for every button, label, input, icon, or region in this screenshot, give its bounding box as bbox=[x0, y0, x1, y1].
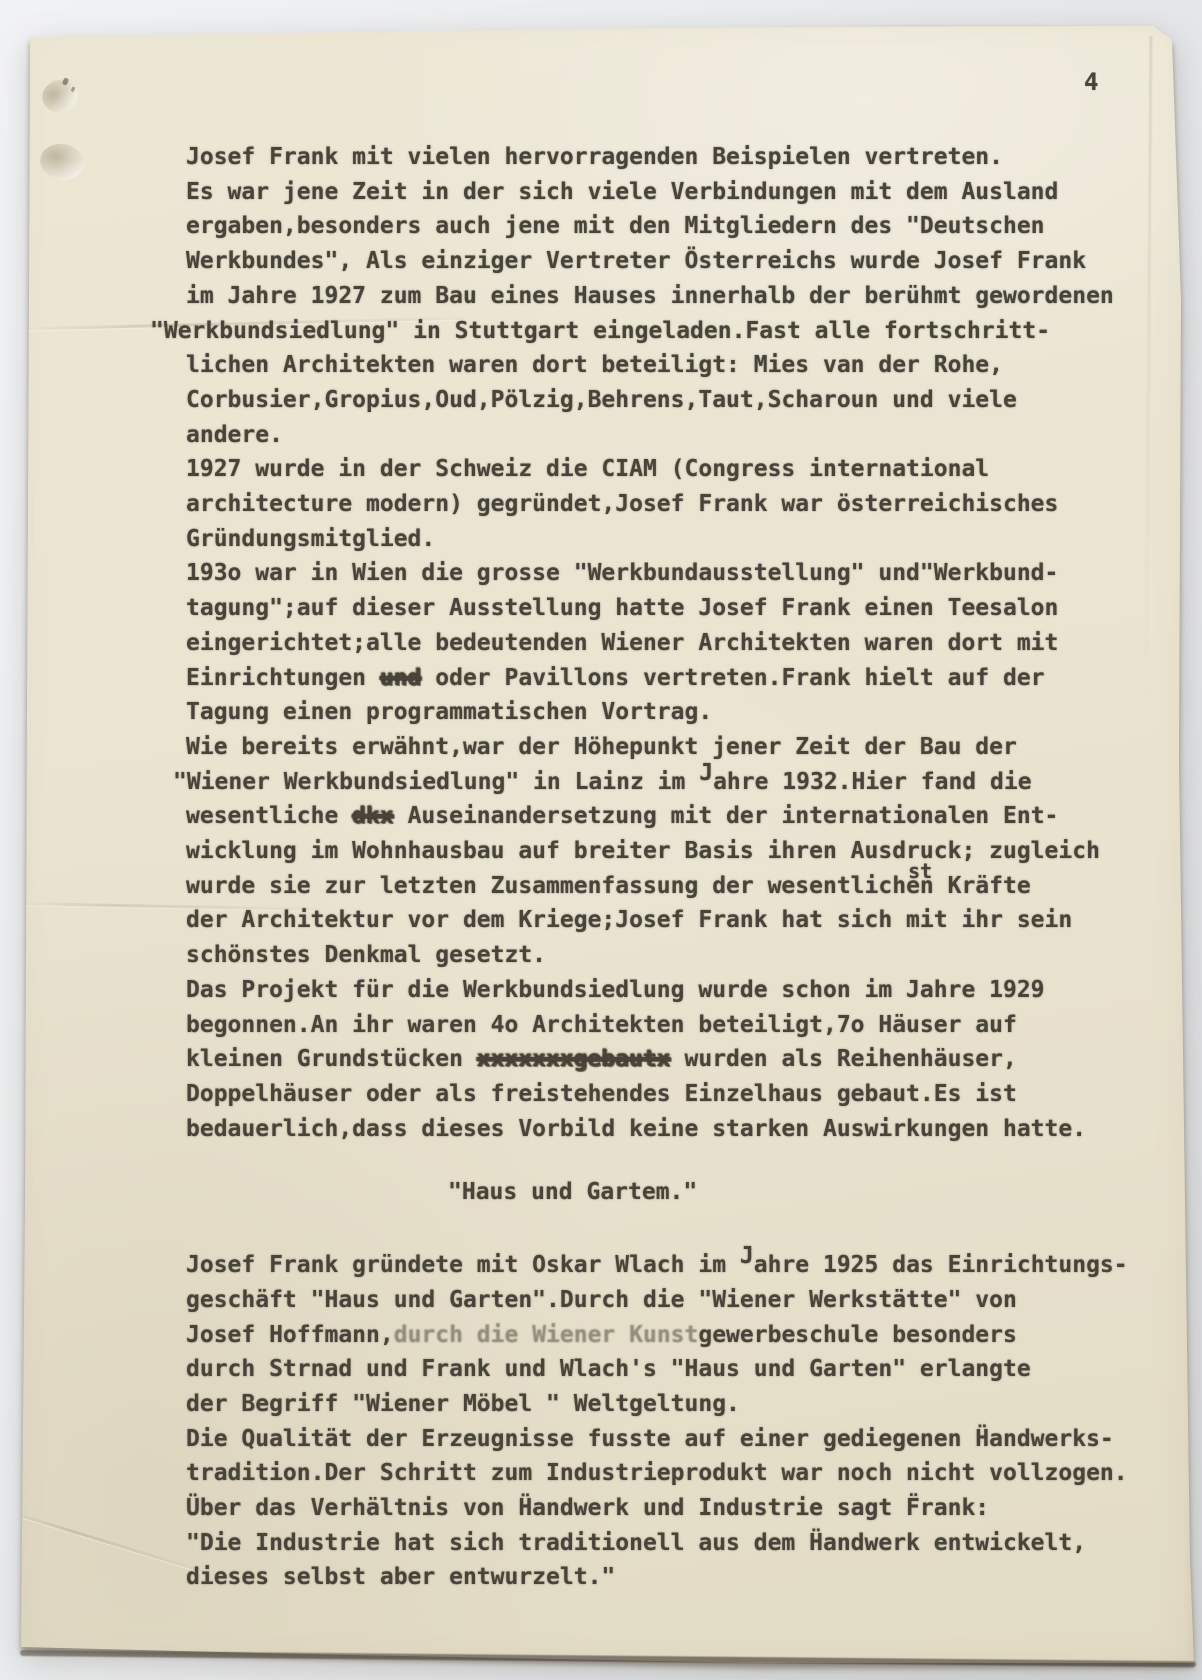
text-segment: Doppelhäuser oder als freistehendes Einz… bbox=[186, 1081, 1017, 1107]
paper-shadow-wrap: 4 Josef Frank mit vielen hervorragenden … bbox=[0, 0, 1202, 1680]
text-line: Gründungsmitglied. bbox=[186, 522, 1191, 557]
text-segment: wesentliche bbox=[186, 803, 352, 829]
text-line: wurde sie zur letzten Zusammenfassung de… bbox=[186, 869, 1191, 904]
text-segment: ahre 1925 das Einrichtungs- bbox=[754, 1252, 1128, 1278]
text-segment: "Die Industrie hat sich traditionell aus… bbox=[186, 1530, 1086, 1556]
text-line: 1927 wurde in der Schweiz die CIAM (Cong… bbox=[186, 452, 1191, 487]
text-segment: schönstes Denkmal gesetzt. bbox=[186, 942, 546, 968]
paragraph-1: Josef Frank mit vielen hervorragenden Be… bbox=[186, 140, 1191, 1146]
text-segment: andere. bbox=[186, 422, 283, 448]
struck-out-text: und bbox=[380, 665, 422, 691]
text-segment: Die Qualität der Erzeugnisse fusste auf … bbox=[186, 1426, 1114, 1452]
text-segment: Gründungsmitglied. bbox=[186, 526, 435, 552]
paper-top-edge-shadow bbox=[30, 23, 1155, 31]
text-line: bedauerlich,dass dieses Vorbild keine st… bbox=[186, 1112, 1191, 1147]
text-segment: wicklung im Wohnhausbau auf breiter Basi… bbox=[186, 838, 1100, 864]
paragraph-2: Josef Frank gründete mit Oskar Wlach im … bbox=[186, 1248, 1191, 1595]
text-line: lichen Architekten waren dort beteiligt:… bbox=[186, 348, 1191, 383]
text-segment: ergaben,besonders auch jene mit den Mitg… bbox=[186, 213, 1045, 239]
text-line: Einrichtungen und oder Pavillons vertret… bbox=[186, 661, 1191, 696]
text-segment: bedauerlich,dass dieses Vorbild keine st… bbox=[186, 1116, 1086, 1142]
text-segment: 193o war in Wien die grosse "Werkbundaus… bbox=[186, 560, 1058, 586]
text-line: der Begriff "Wiener Möbel " Weltgeltung. bbox=[186, 1387, 1191, 1422]
scanned-document-page: 4 Josef Frank mit vielen hervorragenden … bbox=[0, 0, 1202, 1680]
text-segment: Tagung einen programmatischen Vortrag. bbox=[186, 699, 712, 725]
text-segment: Das Projekt für die Werkbundsiedlung wur… bbox=[186, 977, 1045, 1003]
text-line: schönstes Denkmal gesetzt. bbox=[186, 938, 1191, 973]
text-line: ergaben,besonders auch jene mit den Mitg… bbox=[186, 209, 1191, 244]
text-segment: ahre 1932.Hier fand die bbox=[713, 769, 1032, 795]
text-line: dieses selbst aber entwurzelt." bbox=[186, 1560, 1191, 1595]
superscript-correction: J bbox=[740, 1243, 754, 1269]
text-line: andere. bbox=[186, 418, 1191, 453]
text-line: Tagung einen programmatischen Vortrag. bbox=[186, 695, 1191, 730]
text-segment: kleinen Grundstücken bbox=[186, 1046, 477, 1072]
text-segment: dieses selbst aber entwurzelt." bbox=[186, 1564, 615, 1590]
text-segment: architecture modern) gegründet,Josef Fra… bbox=[186, 491, 1058, 517]
text-segment: Werkbundes", Als einziger Vertreter Öste… bbox=[186, 248, 1086, 274]
superscript-correction: J bbox=[699, 760, 713, 786]
text-line: Über das Verhältnis von Ḧandwerk und Ind… bbox=[186, 1491, 1191, 1526]
text-line: Doppelhäuser oder als freistehendes Einz… bbox=[186, 1077, 1191, 1112]
text-line: Es war jene Zeit in der sich viele Verbi… bbox=[186, 175, 1191, 210]
struck-out-text: xxxxxxxgebautx bbox=[477, 1046, 671, 1072]
text-segment: der Begriff "Wiener Möbel " Weltgeltung. bbox=[186, 1391, 740, 1417]
text-line: Corbusier,Gropius,Oud,Pölzig,Behrens,Tau… bbox=[186, 383, 1191, 418]
text-line: Wie bereits erwähnt,war der Höhepunkt je… bbox=[186, 730, 1191, 765]
text-segment: Josef Frank mit vielen hervorragenden Be… bbox=[186, 144, 1003, 170]
text-segment: Einrichtungen bbox=[186, 665, 380, 691]
text-segment: Corbusier,Gropius,Oud,Pölzig,Behrens,Tau… bbox=[186, 387, 1017, 413]
text-segment: tagung";auf dieser Ausstellung hatte Jos… bbox=[186, 595, 1058, 621]
text-segment: Auseinandersetzung mit der international… bbox=[394, 803, 1059, 829]
text-line: Josef Frank mit vielen hervorragenden Be… bbox=[186, 140, 1191, 175]
text-segment: durch Strnad und Frank und Wlach's "Haus… bbox=[186, 1356, 1031, 1382]
paper-sheet: 4 Josef Frank mit vielen hervorragenden … bbox=[0, 0, 1202, 1680]
text-line: "Die Industrie hat sich traditionell aus… bbox=[186, 1526, 1191, 1561]
text-line: "Wiener Werkbundsiedlung" in Lainz im Ja… bbox=[173, 765, 1191, 800]
text-segment: 1927 wurde in der Schweiz die CIAM (Cong… bbox=[186, 456, 989, 482]
text-segment: wurde sie zur letzten Zusammenfassung de… bbox=[186, 873, 906, 899]
text-segment: eingerichtet;alle bedeutenden Wiener Arc… bbox=[186, 630, 1058, 656]
text-line: begonnen.An ihr waren 4o Architekten bet… bbox=[186, 1008, 1191, 1043]
text-line: Das Projekt für die Werkbundsiedlung wur… bbox=[186, 973, 1191, 1008]
text-segment: Josef Frank gründete mit Oskar Wlach im bbox=[186, 1252, 740, 1278]
text-segment: gewerbeschule besonders bbox=[698, 1322, 1017, 1348]
text-segment: Josef Hoffmann, bbox=[186, 1322, 394, 1348]
text-line: "Werkbundsiedlung" in Stuttgart eingelad… bbox=[150, 314, 1191, 349]
text-segment: tradition.Der Schritt zum Industrieprodu… bbox=[186, 1460, 1128, 1486]
text-line: eingerichtet;alle bedeutenden Wiener Arc… bbox=[186, 626, 1191, 661]
text-segment: oder Pavillons vertreten.Frank hielt auf… bbox=[421, 665, 1044, 691]
text-line: tagung";auf dieser Ausstellung hatte Jos… bbox=[186, 591, 1191, 626]
text-line: wesentliche dkx Auseinandersetzung mit d… bbox=[186, 799, 1191, 834]
text-line: im Jahre 1927 zum Bau eines Hauses inner… bbox=[186, 279, 1191, 314]
fold-crease bbox=[14, 1512, 206, 1573]
text-segment: Über das Verhältnis von Ḧandwerk und Ind… bbox=[186, 1495, 989, 1521]
text-line: geschäft "Haus und Garten".Durch die "Wi… bbox=[186, 1283, 1191, 1318]
typewritten-text: Josef Frank mit vielen hervorragenden Be… bbox=[186, 140, 1191, 1595]
faded-text: durch die Wiener Kunst bbox=[394, 1322, 699, 1348]
text-line: der Architektur vor dem Kriege;Josef Fra… bbox=[186, 903, 1191, 938]
text-line: Josef Hoffmann,durch die Wiener Kunstgew… bbox=[186, 1318, 1191, 1353]
text-line: Josef Frank gründete mit Oskar Wlach im … bbox=[186, 1248, 1191, 1283]
struck-out-text: dkx bbox=[352, 803, 394, 829]
text-segment: "Werkbundsiedlung" in Stuttgart eingelad… bbox=[150, 318, 1050, 344]
text-segment: Es war jene Zeit in der sich viele Verbi… bbox=[186, 179, 1058, 205]
text-segment: "Wiener Werkbundsiedlung" in Lainz im bbox=[173, 769, 699, 795]
section-heading: "Haus und Gartem." bbox=[448, 1175, 1191, 1210]
text-line: Die Qualität der Erzeugnisse fusste auf … bbox=[186, 1422, 1191, 1457]
text-segment: Wie bereits erwähnt,war der Höhepunkt je… bbox=[186, 734, 1017, 760]
text-segment: der Architektur vor dem Kriege;Josef Fra… bbox=[186, 907, 1072, 933]
page-number: 4 bbox=[1084, 68, 1098, 96]
text-segment: begonnen.An ihr waren 4o Architekten bet… bbox=[186, 1012, 1017, 1038]
paper-damage-mark bbox=[37, 140, 88, 184]
text-line: wicklung im Wohnhausbau auf breiter Basi… bbox=[186, 834, 1191, 869]
text-segment: im Jahre 1927 zum Bau eines Hauses inner… bbox=[186, 283, 1114, 309]
text-segment: "Haus und Gartem." bbox=[448, 1179, 697, 1205]
paper-damage-mark bbox=[38, 75, 82, 117]
text-line: durch Strnad und Frank und Wlach's "Haus… bbox=[186, 1352, 1191, 1387]
text-line: 193o war in Wien die grosse "Werkbundaus… bbox=[186, 556, 1191, 591]
text-segment: lichen Architekten waren dort beteiligt:… bbox=[186, 352, 1003, 378]
text-line: tradition.Der Schritt zum Industrieprodu… bbox=[186, 1456, 1191, 1491]
text-line: architecture modern) gegründet,Josef Fra… bbox=[186, 487, 1191, 522]
text-segment: wurden als Reihenhäuser, bbox=[671, 1046, 1017, 1072]
text-segment: geschäft "Haus und Garten".Durch die "Wi… bbox=[186, 1287, 1017, 1313]
section-heading-line: "Haus und Gartem." bbox=[448, 1175, 1191, 1210]
text-line: kleinen Grundstücken xxxxxxxgebautx wurd… bbox=[186, 1042, 1191, 1077]
text-line: Werkbundes", Als einziger Vertreter Öste… bbox=[186, 244, 1191, 279]
